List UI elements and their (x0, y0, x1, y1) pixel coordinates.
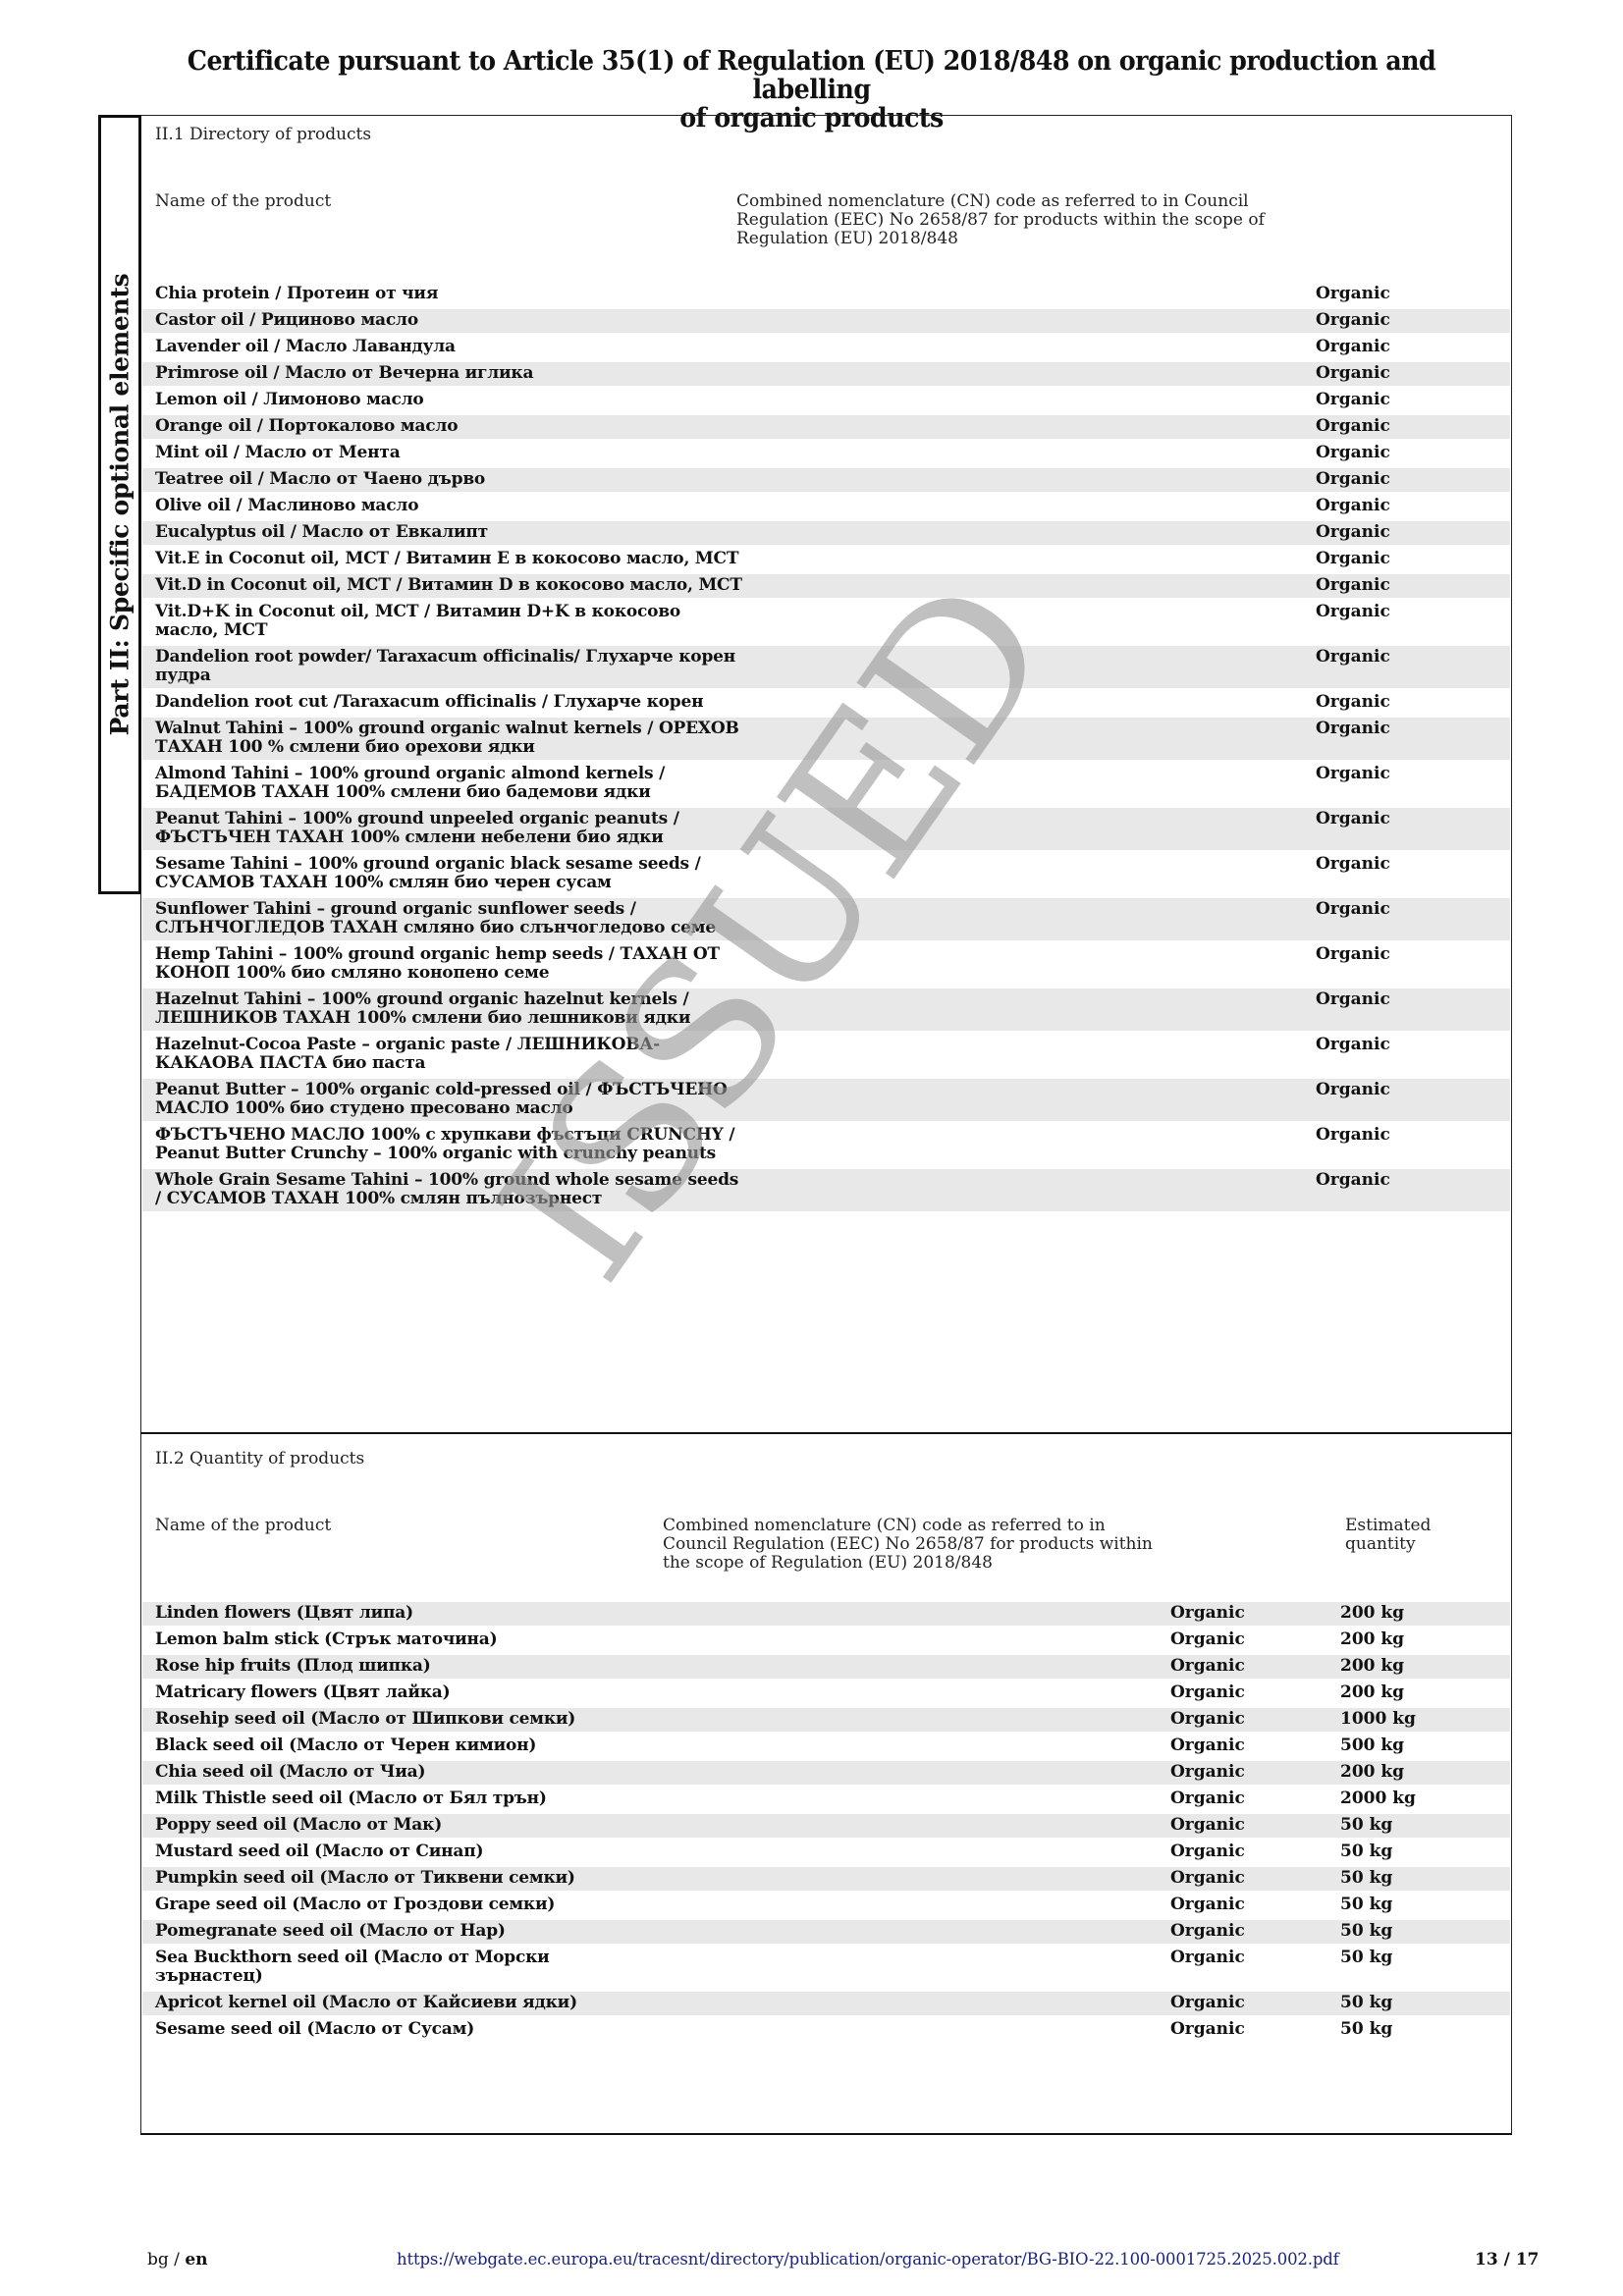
table-row: Grape seed oil (Масло от Гроздови семки)… (142, 1894, 1510, 1920)
estimated-quantity: 1000 kg (1340, 1710, 1416, 1729)
product-name: Sea Buckthorn seed oil (Масло от Морски … (155, 1949, 607, 1986)
product-name: Teatree oil / Масло от Чаено дърво (155, 470, 744, 489)
organic-status: Organic (1170, 1710, 1245, 1729)
table-row: Mint oil / Масло от МентаOrganic (142, 442, 1510, 468)
table-row: Dandelion root powder/ Taraxacum officin… (142, 646, 1510, 691)
ii1-col-header-cn: Combined nomenclature (CN) code as refer… (736, 192, 1306, 248)
estimated-quantity: 200 kg (1340, 1763, 1404, 1782)
estimated-quantity: 50 kg (1340, 1922, 1392, 1941)
table-row: Olive oil / Маслиново маслоOrganic (142, 495, 1510, 521)
product-name: Linden flowers (Цвят липа) (155, 1604, 607, 1623)
table-row: Mustard seed oil (Масло от Синап)Organic… (142, 1841, 1510, 1867)
organic-status: Organic (1316, 444, 1390, 462)
product-name: Eucalyptus oil / Масло от Евкалипт (155, 523, 744, 542)
table-row: Black seed oil (Масло от Черен кимион)Or… (142, 1735, 1510, 1761)
product-name: Mint oil / Масло от Мента (155, 444, 744, 462)
organic-status: Organic (1316, 550, 1390, 568)
estimated-quantity: 50 kg (1340, 1896, 1392, 1914)
table-row: Hazelnut-Cocoa Paste – organic paste / Л… (142, 1034, 1510, 1079)
organic-status: Organic (1316, 338, 1390, 356)
product-name: Pumpkin seed oil (Масло от Тиквени семки… (155, 1869, 607, 1888)
organic-status: Organic (1170, 1816, 1245, 1835)
product-name: Poppy seed oil (Масло от Мак) (155, 1816, 607, 1835)
organic-status: Organic (1316, 603, 1390, 621)
product-name: Olive oil / Маслиново масло (155, 497, 744, 515)
language-switcher[interactable]: bg / en (147, 2250, 208, 2269)
product-name: Rose hip fruits (Плод шипка) (155, 1657, 607, 1676)
ii2-col-header-name: Name of the product (155, 1517, 548, 1535)
organic-status: Organic (1316, 693, 1390, 712)
language-bg[interactable]: bg (147, 2250, 169, 2269)
table-row: Castor oil / Рициново маслоOrganic (142, 309, 1510, 336)
product-name: Peanut Tahini – 100% ground unpeeled org… (155, 810, 744, 847)
estimated-quantity: 50 kg (1340, 1869, 1392, 1888)
table-row: Matricary flowers (Цвят лайка)Organic200… (142, 1682, 1510, 1708)
table-row: Lavender oil / Масло ЛавандулаOrganic (142, 336, 1510, 362)
product-name: Dandelion root cut /Taraxacum officinali… (155, 693, 744, 712)
organic-status: Organic (1170, 1842, 1245, 1861)
organic-status: Organic (1316, 1171, 1390, 1190)
part-label-box: Part II: Specific optional elements (98, 115, 141, 894)
product-name: Milk Thistle seed oil (Масло от Бял трън… (155, 1789, 607, 1808)
table-row: Pomegranate seed oil (Масло от Нар)Organ… (142, 1920, 1510, 1947)
organic-status: Organic (1170, 1630, 1245, 1649)
table-row: Almond Tahini – 100% ground organic almo… (142, 763, 1510, 808)
organic-status: Organic (1316, 720, 1390, 738)
organic-status: Organic (1316, 1036, 1390, 1054)
product-name: Apricot kernel oil (Масло от Кайсиеви яд… (155, 1994, 607, 2012)
table-row: Sesame Tahini – 100% ground organic blac… (142, 853, 1510, 898)
estimated-quantity: 200 kg (1340, 1683, 1404, 1702)
estimated-quantity: 50 kg (1340, 1842, 1392, 1861)
product-name: Peanut Butter – 100% organic cold-presse… (155, 1081, 744, 1118)
product-name: Pomegranate seed oil (Масло от Нар) (155, 1922, 607, 1941)
table-row: Poppy seed oil (Масло от Мак)Organic50 k… (142, 1814, 1510, 1841)
organic-status: Organic (1170, 1896, 1245, 1914)
table-row: Chia protein / Протеин от чияOrganic (142, 283, 1510, 309)
table-row: Apricot kernel oil (Масло от Кайсиеви яд… (142, 1992, 1510, 2018)
ii1-product-table: Chia protein / Протеин от чияOrganicCast… (142, 283, 1510, 1214)
table-row: Vit.D in Coconut oil, MCT / Витамин D в … (142, 574, 1510, 601)
language-separator: / (169, 2250, 186, 2269)
product-name: Primrose oil / Масло от Вечерна иглика (155, 364, 744, 383)
table-row: Orange oil / Портокалово маслоOrganic (142, 415, 1510, 442)
product-name: Sesame Tahini – 100% ground organic blac… (155, 855, 744, 892)
table-row: Sunflower Tahini – ground organic sunflo… (142, 898, 1510, 943)
ii2-col-header-cn: Combined nomenclature (CN) code as refer… (663, 1517, 1173, 1573)
product-name: Lavender oil / Масло Лавандула (155, 338, 744, 356)
product-name: Chia seed oil (Масло от Чиа) (155, 1763, 607, 1782)
table-row: Dandelion root cut /Taraxacum officinali… (142, 691, 1510, 718)
product-name: Lemon oil / Лимоново масло (155, 391, 744, 409)
table-row: Linden flowers (Цвят липа)Organic200 kg (142, 1602, 1510, 1629)
product-name: Lemon balm stick (Стрък маточина) (155, 1630, 607, 1649)
product-name: Walnut Tahini – 100% ground organic waln… (155, 720, 744, 757)
product-name: Sunflower Tahini – ground organic sunflo… (155, 900, 744, 937)
table-row: Vit.E in Coconut oil, MCT / Витамин E в … (142, 548, 1510, 574)
organic-status: Organic (1170, 1736, 1245, 1755)
estimated-quantity: 50 kg (1340, 1816, 1392, 1835)
table-row: Pumpkin seed oil (Масло от Тиквени семки… (142, 1867, 1510, 1894)
estimated-quantity: 50 kg (1340, 1949, 1392, 1967)
organic-status: Organic (1316, 576, 1390, 595)
product-name: Hazelnut-Cocoa Paste – organic paste / Л… (155, 1036, 744, 1073)
organic-status: Organic (1170, 1994, 1245, 2012)
section-ii2-label: II.2 Quantity of products (155, 1449, 364, 1468)
document-url-link[interactable]: https://webgate.ec.europa.eu/tracesnt/di… (397, 2250, 1339, 2269)
table-row: Teatree oil / Масло от Чаено дървоOrgani… (142, 468, 1510, 495)
product-name: Castor oil / Рициново масло (155, 311, 744, 330)
table-row: Primrose oil / Масло от Вечерна игликаOr… (142, 362, 1510, 389)
organic-status: Organic (1170, 1789, 1245, 1808)
table-row: Peanut Butter – 100% organic cold-presse… (142, 1079, 1510, 1124)
ii1-col-header-name: Name of the product (155, 192, 548, 211)
table-row: Rosehip seed oil (Масло от Шипкови семки… (142, 1708, 1510, 1735)
ii2-col-header-quantity: Estimated quantity (1345, 1517, 1453, 1554)
organic-status: Organic (1316, 1126, 1390, 1145)
table-row: Milk Thistle seed oil (Масло от Бял трън… (142, 1788, 1510, 1814)
product-name: Matricary flowers (Цвят лайка) (155, 1683, 607, 1702)
page-number: 13 / 17 (1475, 2250, 1539, 2269)
section-divider (140, 1432, 1512, 1434)
table-row: Hemp Tahini – 100% ground organic hemp s… (142, 943, 1510, 988)
organic-status: Organic (1170, 1604, 1245, 1623)
product-name: Chia protein / Протеин от чия (155, 285, 744, 303)
organic-status: Organic (1170, 1949, 1245, 1967)
table-row: Vit.D+K in Coconut oil, MCT / Витамин D+… (142, 601, 1510, 646)
table-row: Lemon oil / Лимоново маслоOrganic (142, 389, 1510, 415)
part-label: Part II: Specific optional elements (106, 274, 135, 736)
product-name: Black seed oil (Масло от Черен кимион) (155, 1736, 607, 1755)
product-name: Grape seed oil (Масло от Гроздови семки) (155, 1896, 607, 1914)
product-name: Rosehip seed oil (Масло от Шипкови семки… (155, 1710, 607, 1729)
product-name: Dandelion root powder/ Taraxacum officin… (155, 648, 744, 685)
organic-status: Organic (1316, 417, 1390, 436)
product-name: Hazelnut Tahini – 100% ground organic ha… (155, 990, 744, 1028)
document-title-line-1: Certificate pursuant to Article 35(1) of… (141, 47, 1483, 104)
organic-status: Organic (1316, 855, 1390, 874)
language-en[interactable]: en (185, 2250, 207, 2269)
estimated-quantity: 50 kg (1340, 2020, 1392, 2039)
organic-status: Organic (1316, 285, 1390, 303)
table-row: Sesame seed oil (Масло от Сусам)Organic5… (142, 2018, 1510, 2045)
organic-status: Organic (1316, 648, 1390, 667)
product-name: Vit.E in Coconut oil, MCT / Витамин E в … (155, 550, 744, 568)
table-row: Sea Buckthorn seed oil (Масло от Морски … (142, 1947, 1510, 1992)
product-name: Almond Tahini – 100% ground organic almo… (155, 765, 744, 802)
organic-status: Organic (1316, 364, 1390, 383)
estimated-quantity: 500 kg (1340, 1736, 1404, 1755)
organic-status: Organic (1316, 810, 1390, 828)
organic-status: Organic (1170, 1683, 1245, 1702)
product-name: Hemp Tahini – 100% ground organic hemp s… (155, 945, 744, 983)
estimated-quantity: 200 kg (1340, 1657, 1404, 1676)
organic-status: Organic (1316, 945, 1390, 964)
estimated-quantity: 200 kg (1340, 1604, 1404, 1623)
estimated-quantity: 200 kg (1340, 1630, 1404, 1649)
product-name: Whole Grain Sesame Tahini – 100% ground … (155, 1171, 744, 1208)
table-row: Chia seed oil (Масло от Чиа)Organic200 k… (142, 1761, 1510, 1788)
table-row: Whole Grain Sesame Tahini – 100% ground … (142, 1169, 1510, 1214)
organic-status: Organic (1316, 990, 1390, 1009)
product-name: Vit.D+K in Coconut oil, MCT / Витамин D+… (155, 603, 744, 640)
table-row: Rose hip fruits (Плод шипка)Organic200 k… (142, 1655, 1510, 1682)
organic-status: Organic (1316, 1081, 1390, 1099)
organic-status: Organic (1170, 2020, 1245, 2039)
table-row: Lemon balm stick (Стрък маточина)Organic… (142, 1629, 1510, 1655)
organic-status: Organic (1316, 391, 1390, 409)
table-row: Peanut Tahini – 100% ground unpeeled org… (142, 808, 1510, 853)
estimated-quantity: 2000 kg (1340, 1789, 1416, 1808)
table-row: Walnut Tahini – 100% ground organic waln… (142, 718, 1510, 763)
product-name: Mustard seed oil (Масло от Синап) (155, 1842, 607, 1861)
organic-status: Organic (1170, 1922, 1245, 1941)
organic-status: Organic (1316, 900, 1390, 919)
product-name: Sesame seed oil (Масло от Сусам) (155, 2020, 607, 2039)
table-row: Hazelnut Tahini – 100% ground organic ha… (142, 988, 1510, 1034)
estimated-quantity: 50 kg (1340, 1994, 1392, 2012)
organic-status: Organic (1170, 1657, 1245, 1676)
table-row: ФЪСТЪЧЕНО МАСЛО 100% с хрупкави фъстъци … (142, 1124, 1510, 1169)
organic-status: Organic (1316, 497, 1390, 515)
table-row: Eucalyptus oil / Масло от ЕвкалиптOrgani… (142, 521, 1510, 548)
organic-status: Organic (1316, 470, 1390, 489)
product-name: ФЪСТЪЧЕНО МАСЛО 100% с хрупкави фъстъци … (155, 1126, 744, 1163)
product-name: Orange oil / Портокалово масло (155, 417, 744, 436)
section-ii1-label: II.1 Directory of products (155, 125, 371, 144)
organic-status: Organic (1170, 1763, 1245, 1782)
organic-status: Organic (1316, 765, 1390, 783)
ii2-quantity-table: Linden flowers (Цвят липа)Organic200 kgL… (142, 1602, 1510, 2045)
organic-status: Organic (1170, 1869, 1245, 1888)
organic-status: Organic (1316, 311, 1390, 330)
organic-status: Organic (1316, 523, 1390, 542)
product-name: Vit.D in Coconut oil, MCT / Витамин D в … (155, 576, 744, 595)
